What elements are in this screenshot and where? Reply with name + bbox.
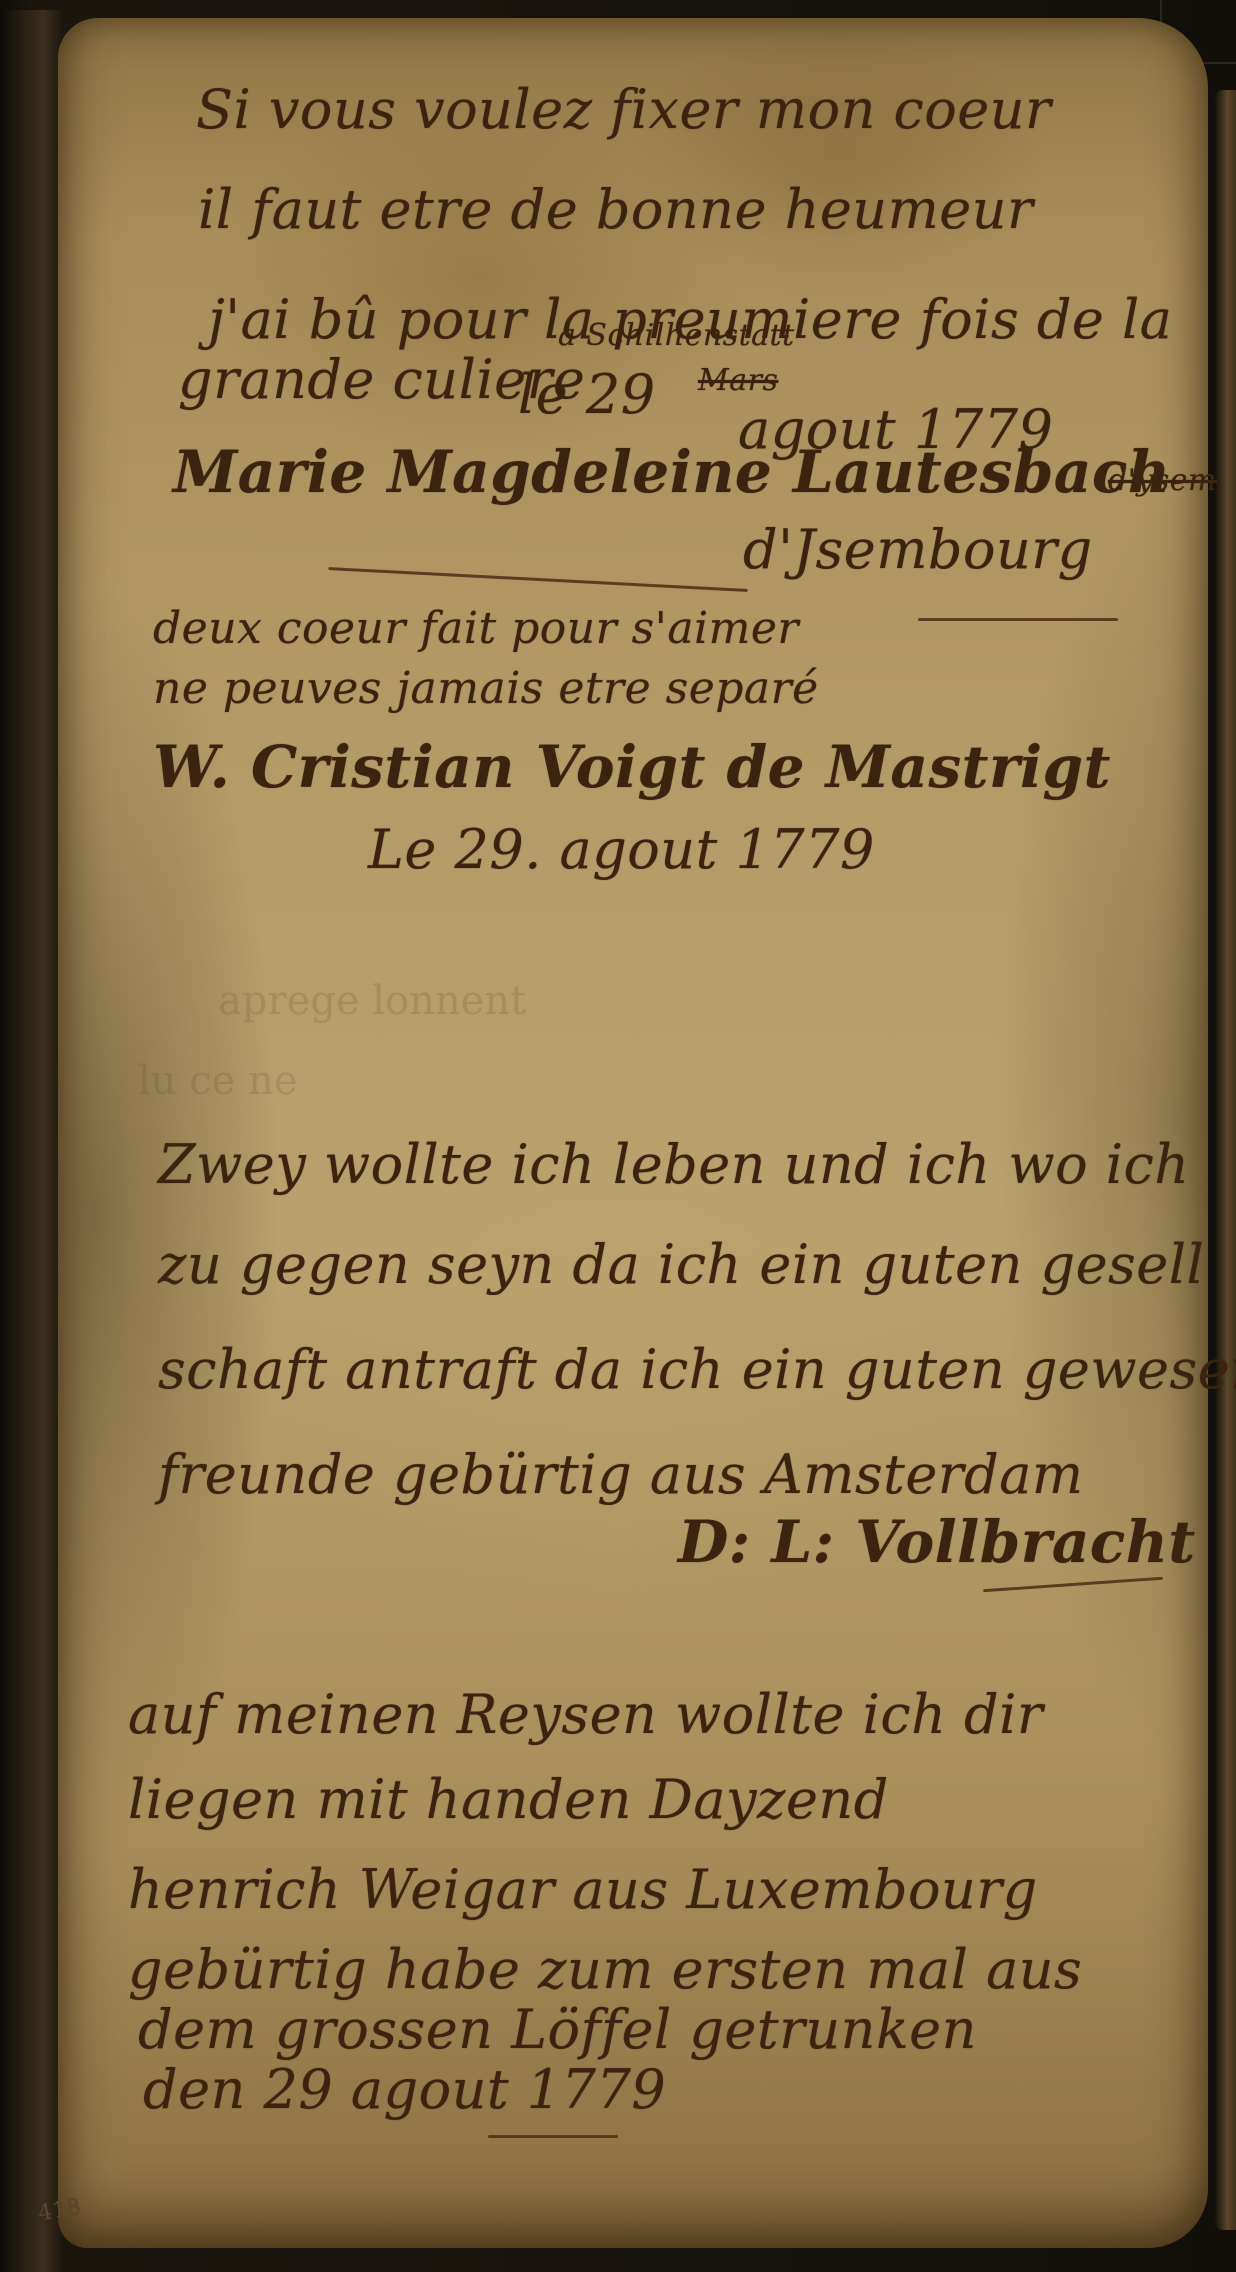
entry1-insertion: a Schilhenstatt bbox=[558, 318, 795, 353]
entry4-line4: gebürtig habe zum ersten mal aus bbox=[128, 1938, 1082, 2001]
entry4-line5: dem grossen Löffel getrunken bbox=[138, 1998, 977, 2061]
entry4-line1: auf meinen Reysen wollte ich dir bbox=[128, 1683, 1043, 1746]
bleed-through-text: aprege lonnent bbox=[218, 978, 526, 1024]
photo-scene: aprege lonnent lu ce ne Si vous voulez f… bbox=[0, 0, 1236, 2272]
entry1-struck-month: Mars bbox=[698, 363, 778, 398]
entry2-date: Le 29. agout 1779 bbox=[368, 818, 875, 881]
entry4-line2: liegen mit handen Dayzend bbox=[128, 1768, 889, 1831]
entry2-line1: deux coeur fait pour s'aimer bbox=[153, 603, 799, 654]
entry4-line6: den 29 agout 1779 bbox=[143, 2058, 666, 2121]
entry1-date-prefix: le 29 bbox=[518, 363, 656, 426]
entry3-line3: schaft antraft da ich ein guten gewesen bbox=[158, 1338, 1236, 1401]
entry3-line4: freunde gebürtig aus Amsterdam bbox=[158, 1443, 1084, 1506]
manuscript-page: aprege lonnent lu ce ne Si vous voulez f… bbox=[58, 18, 1208, 2248]
entry1-place: d'Jsembourg bbox=[743, 518, 1093, 581]
divider-flourish bbox=[918, 618, 1118, 621]
closing-flourish bbox=[488, 2135, 618, 2138]
entry2-line2: ne peuves jamais etre separé bbox=[153, 663, 819, 714]
entry1-line2: il faut etre de bonne heumeur bbox=[198, 178, 1033, 241]
entry3-signature: D: L: Vollbracht bbox=[678, 1508, 1196, 1576]
entry4-line3: henrich Weigar aus Luxembourg bbox=[128, 1858, 1038, 1921]
next-page-edge bbox=[1214, 90, 1236, 2230]
entry1-signature: Marie Magdeleine Lautesbach bbox=[173, 438, 1171, 506]
entry2-signature: W. Cristian Voigt de Mastrigt bbox=[153, 733, 1111, 801]
divider-flourish bbox=[328, 567, 748, 592]
entry3-line2: zu gegen seyn da ich ein guten gesell bbox=[158, 1233, 1204, 1296]
bleed-through-text: lu ce ne bbox=[138, 1058, 298, 1104]
entry1-line1: Si vous voulez fixer mon coeur bbox=[196, 78, 1051, 141]
entry1-struck-place: d'ysem bbox=[1108, 463, 1217, 498]
book-binding bbox=[0, 10, 62, 2272]
signature-underline bbox=[983, 1577, 1163, 1593]
entry3-line1: Zwey wollte ich leben und ich wo ich bbox=[158, 1133, 1190, 1196]
